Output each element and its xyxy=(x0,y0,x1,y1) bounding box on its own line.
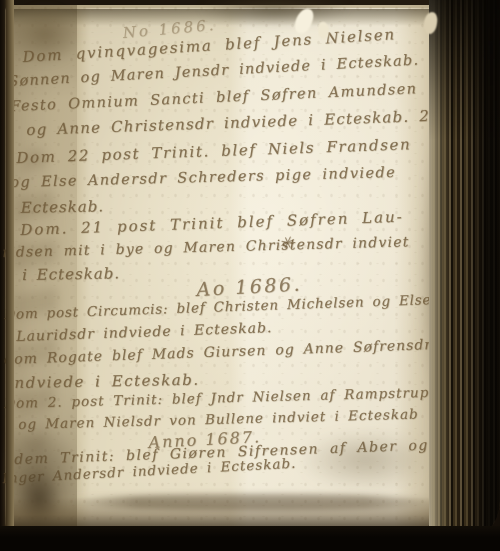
page-top-edge xyxy=(10,9,451,26)
record-line: i Ecteskab. xyxy=(6,197,104,217)
background-bottom-band xyxy=(0,526,500,551)
manuscript-photo: No 1686. Dom qvinqvagesima blef Jens Nie… xyxy=(0,0,500,551)
record-line: i Ecteskab. xyxy=(22,264,120,284)
record-line: indviede i Ecteskab. xyxy=(8,371,200,392)
book-fore-edge xyxy=(429,0,500,543)
page-bottom-shadow xyxy=(5,497,446,529)
book-spine xyxy=(0,0,14,551)
fore-edge-shadow xyxy=(429,0,500,543)
